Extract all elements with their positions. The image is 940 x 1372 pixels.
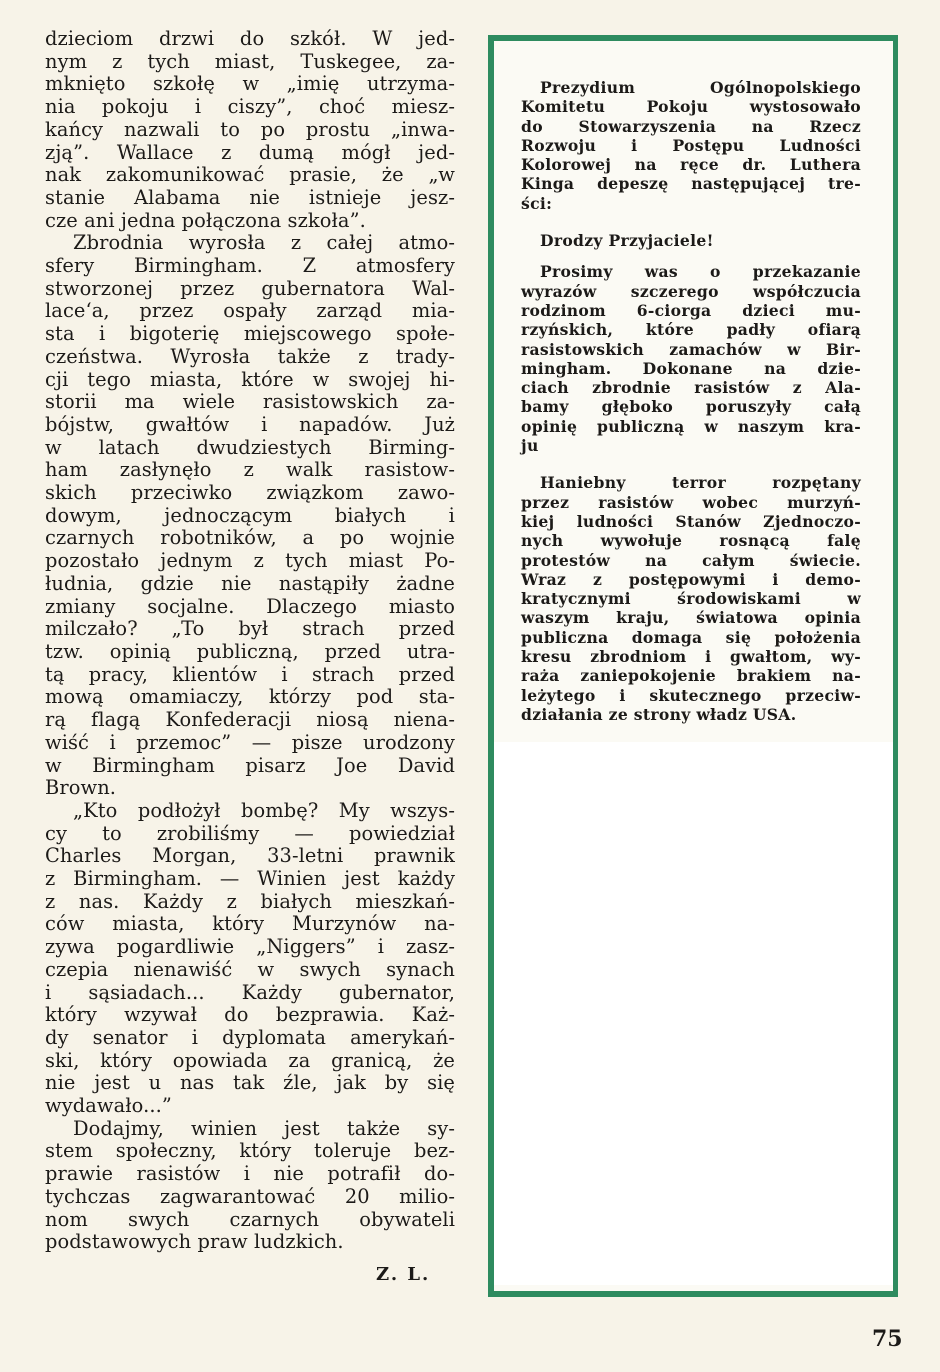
text-line: stworzonej przez gubernatora Wal- xyxy=(45,278,455,301)
article-paragraph: dzieciom drzwi do szkół. W jed-nym z tyc… xyxy=(45,28,455,232)
text-line: wydawało...” xyxy=(45,1095,455,1118)
text-line: pozostało jednym z tych miast Po- xyxy=(45,550,455,573)
text-line: Zbrodnia wyrosła z całej atmo- xyxy=(45,232,455,255)
text-line: czeństwa. Wyrosła także z trady- xyxy=(45,346,455,369)
text-line: Prosimy was o przekazanie xyxy=(521,262,861,281)
text-line: ju xyxy=(521,436,861,455)
article-left-column: dzieciom drzwi do szkół. W jed-nym z tyc… xyxy=(45,28,455,1254)
blank-image-area xyxy=(494,742,893,1285)
text-line: cze ani jedna połączona szkoła”. xyxy=(45,210,455,233)
text-line: zywa pogardliwie „Niggers” i zasz- xyxy=(45,936,455,959)
text-line: rą flagą Konfederacji niosą niena- xyxy=(45,709,455,732)
text-line: i sąsiadach... Każdy gubernator, xyxy=(45,982,455,1005)
article-paragraph: Zbrodnia wyrosła z całej atmo-sfery Birm… xyxy=(45,232,455,800)
text-line: zmiany socjalne. Dlaczego miasto xyxy=(45,596,455,619)
text-line: skich przeciwko związkom zawo- xyxy=(45,482,455,505)
text-line: Kinga depeszę następującej tre- xyxy=(521,174,861,193)
telegram-paragraph-1: Prosimy was o przekazaniewyrazów szczere… xyxy=(521,262,861,455)
text-line: z nas. Każdy z białych mieszkań- xyxy=(45,891,455,914)
text-line: dzieciom drzwi do szkół. W jed- xyxy=(45,28,455,51)
text-line: lace‘a, przez ospały zarząd mia- xyxy=(45,300,455,323)
text-line: dowym, jednoczącym białych i xyxy=(45,505,455,528)
text-line: do Stowarzyszenia na Rzecz xyxy=(521,117,861,136)
text-line: zją”. Wallace z dumą mógł jed- xyxy=(45,142,455,165)
telegram-paragraph-2: Haniebny terror rozpętanyprzez rasistów … xyxy=(521,473,861,724)
text-line: Prezydium Ogólnopolskiego xyxy=(521,78,861,97)
text-line: kańcy nazwali to po prostu „inwa- xyxy=(45,119,455,142)
text-line: czarnych robotników, a po wojnie xyxy=(45,527,455,550)
text-line: który wzywał do bezprawia. Każ- xyxy=(45,1004,455,1027)
text-line: kratycznymi środowiskami w xyxy=(521,589,861,608)
text-line: Rozwoju i Postępu Ludności xyxy=(521,136,861,155)
text-line: waszym kraju, światowa opinia xyxy=(521,608,861,627)
text-line: sfery Birmingham. Z atmosfery xyxy=(45,255,455,278)
text-line: rodzinom 6-ciorga dzieci mu- xyxy=(521,301,861,320)
text-line: opinię publiczną w naszym kra- xyxy=(521,417,861,436)
text-line: raża zaniepokojenie brakiem na- xyxy=(521,666,861,685)
text-line: nych wywołuje rosnącą falę xyxy=(521,531,861,550)
text-line: Kolorowej na ręce dr. Luthera xyxy=(521,155,861,174)
text-line: działania ze strony władz USA. xyxy=(521,705,861,724)
text-line: storii ma wiele rasistowskich za- xyxy=(45,391,455,414)
page-number: 75 xyxy=(872,1326,903,1352)
text-line: kresu zbrodniom i gwałtom, wy- xyxy=(521,647,861,666)
text-line: stanie Alabama nie istnieje jesz- xyxy=(45,187,455,210)
article-paragraph: „Kto podłożył bombę? My wszys-cy to zrob… xyxy=(45,800,455,1118)
text-line: ski, który opowiada za granicą, że xyxy=(45,1050,455,1073)
text-line: bójstw, gwałtów i napadów. Już xyxy=(45,414,455,437)
greeting-line: Drodzy Przyjaciele! xyxy=(521,231,861,250)
text-line: rzyńskich, które padły ofiarą xyxy=(521,320,861,339)
text-line: łudnia, gdzie nie nastąpiły żadne xyxy=(45,573,455,596)
text-line: w Birmingham pisarz Joe David xyxy=(45,755,455,778)
text-line: nak zakomunikować prasie, że „w xyxy=(45,164,455,187)
text-line: tychczas zagwarantować 20 milio- xyxy=(45,1186,455,1209)
text-line: mową omamiaczy, którzy pod sta- xyxy=(45,686,455,709)
author-signature: Z. L. xyxy=(376,1264,430,1285)
text-line: Brown. xyxy=(45,777,455,800)
telegram-greeting: Drodzy Przyjaciele! xyxy=(521,231,861,250)
text-line: ców miasta, który Murzynów na- xyxy=(45,913,455,936)
text-line: dy senator i dyplomata amerykań- xyxy=(45,1027,455,1050)
text-line: tzw. opinią publiczną, przed utra- xyxy=(45,641,455,664)
text-line: ści: xyxy=(521,194,861,213)
text-line: przez rasistów wobec murzyń- xyxy=(521,493,861,512)
text-line: nom swych czarnych obywateli xyxy=(45,1209,455,1232)
text-line: w latach dwudziestych Birming- xyxy=(45,437,455,460)
text-line: cy to zrobiliśmy — powiedział xyxy=(45,823,455,846)
text-line: „Kto podłożył bombę? My wszys- xyxy=(45,800,455,823)
text-line: Charles Morgan, 33-letni prawnik xyxy=(45,845,455,868)
text-line: mingham. Dokonane na dzie- xyxy=(521,359,861,378)
text-line: wyrazów szczerego współczucia xyxy=(521,282,861,301)
text-line: kiej ludności Stanów Zjednoczo- xyxy=(521,512,861,531)
article-paragraph: Dodajmy, winien jest także sy-stem społe… xyxy=(45,1118,455,1254)
text-line: rasistowskich zamachów w Bir- xyxy=(521,340,861,359)
text-line: Wraz z postępowymi i demo- xyxy=(521,570,861,589)
text-line: Komitetu Pokoju wystosowało xyxy=(521,97,861,116)
text-line: protestów na całym świecie. xyxy=(521,551,861,570)
text-line: Dodajmy, winien jest także sy- xyxy=(45,1118,455,1141)
text-line: cji tego miasta, które w swojej hi- xyxy=(45,369,455,392)
text-line: milczało? „To był strach przed xyxy=(45,618,455,641)
text-line: wiść i przemoc” — pisze urodzony xyxy=(45,732,455,755)
text-line: prawie rasistów i nie potrafił do- xyxy=(45,1163,455,1186)
text-line: nym z tych miast, Tuskegee, za- xyxy=(45,51,455,74)
text-line: sta i bigoterię miejscowego społe- xyxy=(45,323,455,346)
text-line: czepia nienawiść w swych synach xyxy=(45,959,455,982)
text-line: bamy głęboko poruszyły całą xyxy=(521,397,861,416)
text-line: nie jest u nas tak źle, jak by się xyxy=(45,1072,455,1095)
telegram-box-text: Prezydium OgólnopolskiegoKomitetu Pokoju… xyxy=(521,78,861,742)
text-line: ciach zbrodnie rasistów z Ala- xyxy=(521,378,861,397)
text-line: leżytego i skutecznego przeciw- xyxy=(521,686,861,705)
text-line: stem społeczny, który toleruje bez- xyxy=(45,1140,455,1163)
text-line: mknięto szkołę w „imię utrzyma- xyxy=(45,73,455,96)
text-line: tą pracy, klientów i strach przed xyxy=(45,664,455,687)
telegram-intro: Prezydium OgólnopolskiegoKomitetu Pokoju… xyxy=(521,78,861,213)
text-line: ham zasłynęło z walk rasistow- xyxy=(45,459,455,482)
text-line: podstawowych praw ludzkich. xyxy=(45,1231,455,1254)
text-line: nia pokoju i ciszy”, choć miesz- xyxy=(45,96,455,119)
text-line: publiczna domaga się położenia xyxy=(521,628,861,647)
text-line: z Birmingham. — Winien jest każdy xyxy=(45,868,455,891)
text-line: Haniebny terror rozpętany xyxy=(521,473,861,492)
